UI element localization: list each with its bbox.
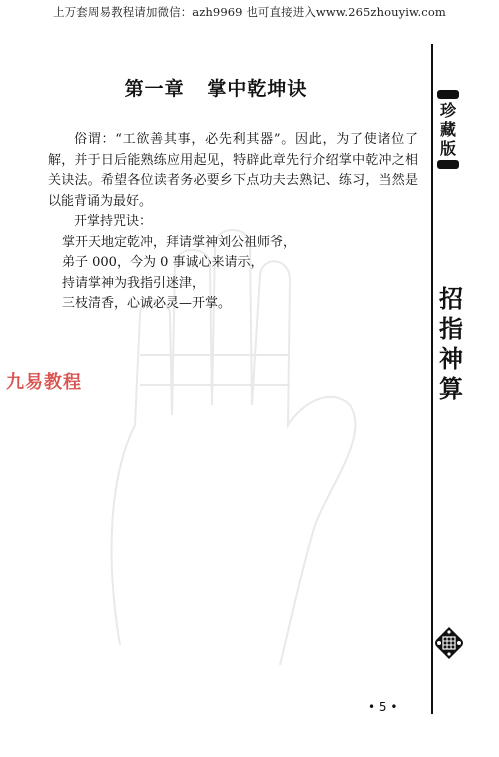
edition-tag: 珍藏版 xyxy=(437,88,459,171)
red-site-watermark: 九易教程 xyxy=(6,368,82,394)
book-title-char: 算 xyxy=(436,374,466,404)
source-watermark: 上万套周易教程请加微信：azh9969 也可直接进入www.265zhouyiw… xyxy=(0,4,499,20)
verse-line: 持请掌神为我指引迷津， xyxy=(48,274,418,295)
body-text: 俗谓：“工欲善其事，必先利其器”。因此，为了使诸位了解，并于日后能熟练应用起见，… xyxy=(48,130,418,315)
book-title-char: 神 xyxy=(436,344,466,374)
book-title-char: 招 xyxy=(436,284,466,314)
chapter-title: 第一章 掌中乾坤诀 xyxy=(0,74,432,101)
verse-line: 三枝清香，心诚必灵—开掌。 xyxy=(48,294,418,315)
book-title-char: 指 xyxy=(436,314,466,344)
intro-paragraph: 俗谓：“工欲善其事，必先利其器”。因此，为了使诸位了解，并于日后能熟练应用起见，… xyxy=(48,130,418,212)
page-number: • 5 • xyxy=(368,700,397,714)
book-title-vertical: 招 指 神 算 xyxy=(436,284,466,404)
verse-line: 掌开天地定乾冲，拜请掌神刘公祖师爷， xyxy=(48,233,418,254)
bracket-bottom-icon xyxy=(437,160,459,169)
verse-line: 弟子 000，今为 0 事诚心来请示， xyxy=(48,253,418,274)
vertical-rule xyxy=(431,44,433,714)
edition-label: 珍藏版 xyxy=(440,101,456,158)
endless-knot-ornament-icon xyxy=(433,626,465,660)
incantation-heading: 开掌持咒诀： xyxy=(48,212,418,233)
bracket-top-icon xyxy=(437,90,459,99)
